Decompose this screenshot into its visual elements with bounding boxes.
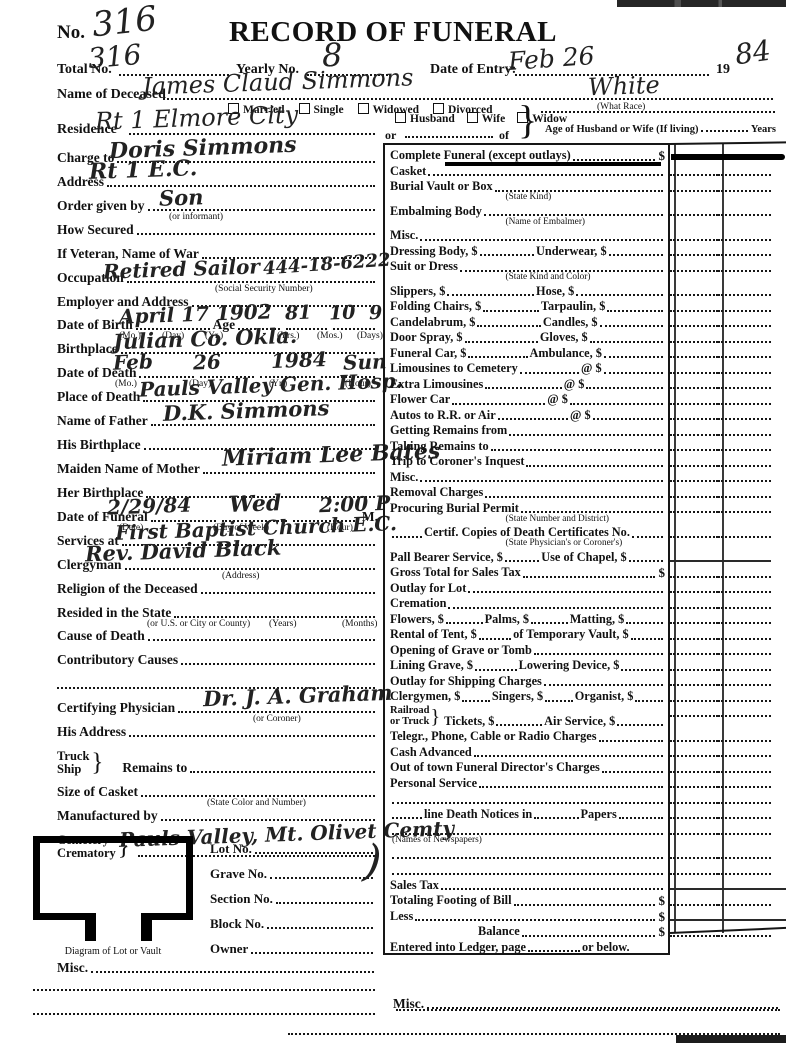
charge-row: Entered into Ledger, pageor below. (383, 940, 786, 955)
charge-label-cell: Out of town Funeral Director's Charges (383, 760, 670, 775)
dotted-leader (460, 267, 663, 272)
amount-cell (670, 423, 786, 438)
charge-label-cell: Casket (383, 164, 670, 179)
charge-row: Lining Grave, $Lowering Device, $ (383, 658, 786, 673)
amount-cell (670, 940, 786, 955)
dotted-leader (137, 230, 375, 235)
charge-label-cell: Flowers, $Palms, $Matting, $ (383, 612, 670, 627)
spouse-age-row: Age of Husband or Wife (If living) Years (545, 124, 776, 135)
charge-label-cell: Less$ (383, 909, 670, 924)
field-label: Certifying Physician (57, 699, 175, 716)
field-maiden-name: Maiden Name of Mother Miriam Lee Bates (57, 459, 378, 477)
charge-line: Taking Remains to (390, 439, 665, 454)
handwritten-age-days: 9 (369, 302, 383, 324)
charge-row: Getting Remains from (383, 423, 786, 438)
dotted-leader (485, 384, 562, 389)
dotted-leader (479, 783, 663, 788)
handwritten-age-mos: 10 (329, 302, 356, 325)
charge-line: Misc. (390, 228, 665, 243)
spouse-option: Husband (395, 112, 455, 125)
charge-label-cell: Lining Grave, $Lowering Device, $ (383, 658, 670, 673)
cents-cell (718, 885, 786, 890)
amount-cell (670, 689, 786, 704)
charge-row: Suit or Dress(State Kind and Color) (383, 259, 786, 283)
charge-row: Slippers, $Hose, $ (383, 284, 786, 299)
field-contributory-causes: Contributory Causes (57, 650, 378, 668)
dotted-leader (396, 1006, 780, 1011)
dotted-leader (629, 557, 663, 562)
amount-column-top-rule (670, 141, 786, 145)
amount-cell (670, 454, 786, 469)
charge-label: Clergymen, $ (390, 689, 460, 704)
charge-row: Cash Advanced (383, 745, 786, 760)
dollar-sign: $ (659, 909, 666, 924)
amount-cell (670, 847, 786, 862)
charge-label: Procuring Burial Permit (390, 501, 519, 516)
dotted-leader (452, 400, 545, 405)
charge-label: Less (390, 909, 413, 924)
charge-line: Gross Total for Sales Tax$ (390, 565, 665, 580)
race-value-handwritten: White (588, 71, 661, 101)
field-label: Block No. (210, 915, 264, 932)
charge-line: Getting Remains from (390, 423, 665, 438)
charge-label-cell: Getting Remains from (383, 423, 670, 438)
charge-label: Out of town Funeral Director's Charges (390, 760, 600, 775)
field-size-of-casket: Size of Casket (State Color and Number) (57, 782, 378, 800)
charge-label-cell: Candelabrum, $Candles, $ (383, 315, 670, 330)
spouse-age-label: Age of Husband or Wife (If living) (545, 124, 698, 135)
charge-label: Ambulance, $ (530, 346, 602, 361)
charge-label: Embalming Body (390, 204, 482, 219)
charge-label-cell: Procuring Burial Permit(State Number and… (383, 501, 670, 525)
dollars-cell (670, 903, 718, 906)
handwritten-age-yrs: 81 (285, 302, 312, 325)
amount-cell (670, 729, 786, 744)
charge-label: line Death Notices in (424, 807, 532, 822)
charge-line: Less$ (390, 909, 665, 924)
charge-label-cell: Misc. (383, 470, 670, 485)
charge-row: Personal Service (383, 776, 786, 791)
field-label: Misc. (57, 959, 88, 976)
charge-row: (Names of Newspapers) (383, 822, 786, 846)
brace-line-label: Railroad (390, 706, 429, 717)
checkbox-wife-label: Wife (482, 113, 505, 125)
charge-label: Personal Service (390, 776, 477, 791)
dollars-cell (670, 816, 718, 819)
dollars-cell (670, 402, 718, 405)
charge-row: Sales Tax (383, 878, 786, 893)
dotted-leader (626, 619, 663, 624)
charge-label: of Temporary Vault, $ (513, 627, 628, 642)
dollars-cell (670, 464, 718, 467)
field-label: Grave No. (210, 865, 267, 882)
charge-label: Balance (478, 924, 520, 939)
charge-sublabel: (State Kind and Color) (506, 273, 666, 282)
charge-label: Sales Tax (390, 878, 439, 893)
dotted-leader (447, 291, 534, 296)
dotted-leader (522, 932, 655, 937)
misc-line (30, 982, 378, 994)
left-column: Charge to Doris Simmons Address Rt 1 E.C… (57, 148, 378, 860)
cents-cell (718, 666, 771, 671)
amount-cell (670, 924, 786, 939)
field-address: Address Rt 1 E.C. (57, 172, 378, 190)
dollars-cell (670, 575, 718, 578)
charge-line: Clergymen, $Singers, $Organist, $ (390, 689, 665, 704)
field-label: How Secured (57, 221, 134, 238)
charge-label: Taking Remains to (390, 439, 489, 454)
charge-label: Organist, $ (575, 689, 634, 704)
charge-label: @ $ (570, 408, 591, 423)
field-cause-of-death: Cause of Death (57, 626, 378, 644)
checkbox-single-icon (299, 103, 310, 114)
dollars-cell (670, 479, 718, 482)
amount-cell (670, 643, 786, 658)
dollars-cell (670, 189, 718, 192)
charge-line: Casket (390, 164, 665, 179)
charge-sublabel: (State Physician's or Coroner's) (506, 539, 666, 548)
dotted-leader (255, 849, 373, 854)
amount-cell (670, 674, 786, 689)
lot-diagram: Diagram of Lot or Vault (33, 836, 197, 960)
charge-label: @ $ (581, 361, 602, 376)
charge-label: Cremation (390, 596, 446, 611)
dotted-leader (276, 899, 373, 904)
funeral-record-page: No. 316 RECORD OF FUNERAL Total No. 316 … (0, 0, 786, 1043)
dotted-leader (526, 462, 663, 467)
amount-cell (670, 485, 786, 500)
charge-line (390, 847, 665, 862)
charge-line: Extra Limousines@ $ (390, 377, 665, 392)
dotted-leader (520, 369, 579, 374)
charge-line: Removal Charges (390, 485, 665, 500)
dollar-sign: $ (659, 565, 666, 580)
dollars-cell (670, 448, 718, 451)
charge-sublabel: (State Number and District) (506, 515, 666, 524)
dollars-cell (670, 510, 718, 513)
cents-cell (718, 557, 771, 562)
amount-cell (670, 164, 786, 179)
dollars-cell (670, 699, 718, 702)
field-resided-in-state: Resided in the State (or U.S. or City or… (57, 603, 378, 621)
dotted-leader (141, 792, 375, 797)
charge-label: Trip to Coroner's Inquest (390, 454, 524, 469)
charge-line: Door Spray, $Gloves, $ (390, 330, 665, 345)
charge-label: @ $ (547, 392, 568, 407)
charge-label-cell: Gross Total for Sales Tax$ (383, 565, 670, 580)
charge-label: Door Spray, $ (390, 330, 463, 345)
charge-sublabel: (State Kind) (506, 193, 666, 202)
charge-row: Complete Funeral (except outlays)$ (383, 148, 786, 163)
charge-row (383, 791, 786, 806)
amount-cell (670, 470, 786, 485)
scan-artifact-bottom (676, 1035, 786, 1043)
charge-line: Slippers, $Hose, $ (390, 284, 665, 299)
charge-row: Taking Remains to (383, 439, 786, 454)
charge-label: Telegr., Phone, Cable or Radio Charges (390, 729, 597, 744)
dotted-leader (541, 108, 775, 113)
charge-label-cell: Autos to R.R. or Air@ $ (383, 408, 670, 423)
charge-label-cell: line Death Notices inPapers (383, 807, 670, 822)
dotted-leader (617, 721, 663, 726)
dotted-leader (392, 854, 663, 859)
dotted-leader (270, 874, 373, 879)
handwritten-day-of-week: Wed (229, 490, 282, 518)
cents-cell (718, 267, 771, 272)
charge-label-cell: Folding Chairs, $Tarpaulin, $ (383, 299, 670, 314)
cents-cell (718, 446, 771, 451)
dotted-leader (474, 752, 663, 757)
charge-line: line Death Notices inPapers (390, 807, 665, 822)
truck-ship-brace-icon: } (91, 750, 103, 776)
charge-label-cell: Complete Funeral (except outlays)$ (383, 148, 670, 163)
cents-cell (718, 431, 771, 436)
charge-label: Burial Vault or Box (390, 179, 493, 194)
dotted-leader (609, 251, 663, 256)
dollars-cell (670, 293, 718, 296)
field-label: Size of Casket (57, 783, 138, 800)
charge-label: Air Service, $ (544, 714, 615, 729)
amount-cell (670, 776, 786, 791)
field-label: Religion of the Deceased (57, 580, 198, 597)
amount-cell (670, 596, 786, 611)
charge-line: Cremation (390, 596, 665, 611)
charge-row: Casket (383, 164, 786, 179)
dotted-leader (392, 814, 422, 819)
cents-cell (718, 400, 771, 405)
charge-label-cell: Limousines to Cemetery@ $ (383, 361, 670, 376)
dotted-leader (607, 307, 663, 312)
amount-cell (670, 346, 786, 361)
dotted-leader (495, 187, 663, 192)
amount-cell (670, 909, 786, 924)
lot-fields: Lot No. Grave No. Section No. Block No. … (210, 839, 376, 957)
cents-cell (718, 799, 771, 804)
amount-cell (670, 179, 786, 194)
dollars-cell (670, 417, 718, 420)
misc-line (393, 1002, 783, 1014)
total-no-value-handwritten: 316 (87, 38, 143, 76)
charge-line: Lining Grave, $Lowering Device, $ (390, 658, 665, 673)
dollars-cell (670, 887, 718, 890)
charge-row: Misc. (383, 470, 786, 485)
charge-row: Rental of Tent, $of Temporary Vault, $ (383, 627, 786, 642)
charge-label-cell: Door Spray, $Gloves, $ (383, 330, 670, 345)
cents-cell (718, 737, 771, 742)
charge-label: Gloves, $ (540, 330, 588, 345)
charge-row: Autos to R.R. or Air@ $ (383, 408, 786, 423)
amount-cell (670, 862, 786, 877)
charge-label: Flowers, $ (390, 612, 444, 627)
charge-label: Underwear, $ (536, 244, 607, 259)
cents-cell (718, 697, 771, 702)
charge-row: Limousines to Cemetery@ $ (383, 361, 786, 376)
handwritten-day: 26 (193, 350, 222, 375)
charge-label-cell: Taking Remains to (383, 439, 670, 454)
charge-line: Telegr., Phone, Cable or Radio Charges (390, 729, 665, 744)
charge-row: Telegr., Phone, Cable or Radio Charges (383, 729, 786, 744)
cents-cell (718, 236, 771, 241)
charge-label-cell: Certif. Copies of Death Certificates No.… (383, 525, 670, 549)
dotted-leader (251, 949, 373, 954)
charge-label: Tarpaulin, $ (541, 299, 605, 314)
dotted-leader (586, 384, 663, 389)
charge-row: Flower Car@ $ (383, 392, 786, 407)
dotted-leader (602, 768, 663, 773)
cents-cell (718, 187, 771, 192)
dotted-leader (600, 322, 663, 327)
field-how-secured: How Secured (57, 220, 378, 238)
amount-cell (670, 392, 786, 407)
charge-row: Burial Vault or Box(State Kind) (383, 179, 786, 203)
dotted-leader (468, 588, 663, 593)
charge-label-cell: Slippers, $Hose, $ (383, 284, 670, 299)
date-of-entry-label: Date of Entry: (430, 62, 516, 78)
charge-label: Gross Total for Sales Tax (390, 565, 521, 580)
charge-row: Dressing Body, $Underwear, $ (383, 244, 786, 259)
cents-cell (718, 854, 771, 859)
cents-cell (718, 604, 771, 609)
field-label: Contributory Causes (57, 651, 178, 668)
field-label: Name of Father (57, 412, 148, 429)
cents-cell (718, 338, 771, 343)
cents-cell (718, 573, 771, 578)
charge-line: Railroador Truck}Tickets, $Air Service, … (390, 705, 665, 729)
charge-label-cell: Funeral Car, $Ambulance, $ (383, 346, 670, 361)
charge-label-cell: Outlay for Lot (383, 581, 670, 596)
dollars-cell (670, 495, 718, 498)
amount-cell (670, 893, 786, 908)
dotted-leader (201, 589, 375, 594)
charge-label-cell: Dressing Body, $Underwear, $ (383, 244, 670, 259)
charge-label: Limousines to Cemetery (390, 361, 518, 376)
field-section-no: Section No. (210, 889, 376, 907)
dollar-sign: $ (659, 924, 666, 939)
cents-cell (718, 712, 771, 717)
charge-label: Tickets, $ (444, 714, 494, 729)
cents-cell (718, 307, 771, 312)
field-label: Order given by (57, 197, 145, 214)
amount-cell (670, 284, 786, 299)
charge-label-cell: Opening of Grave or Tomb (383, 643, 670, 658)
cents-cell (718, 493, 771, 498)
charge-line: Flower Car@ $ (390, 392, 665, 407)
dollars-cell (670, 872, 718, 875)
charge-label-cell: Removal Charges (383, 485, 670, 500)
dotted-leader (483, 307, 539, 312)
dotted-leader (631, 635, 663, 640)
dotted-leader (190, 768, 375, 773)
truck-ship-label: TruckShip (57, 750, 89, 776)
dollars-cell (670, 433, 718, 436)
charge-label: Getting Remains from (390, 423, 507, 438)
dollars-cell (670, 785, 718, 788)
amount-cell (670, 377, 786, 392)
amount-cell (670, 228, 786, 243)
dollars-cell (670, 621, 718, 624)
charge-sublabel: (Names of Newspapers) (392, 836, 665, 845)
field-label: Maiden Name of Mother (57, 460, 200, 477)
field-label: Place of Death (57, 388, 140, 405)
cents-cell (718, 211, 771, 216)
dotted-leader (33, 1010, 375, 1015)
cents-cell (718, 619, 771, 624)
charge-row: Out of town Funeral Director's Charges (383, 760, 786, 775)
field-label: His Address (57, 723, 126, 740)
diagram-caption: Diagram of Lot or Vault (33, 946, 193, 957)
charge-label: Use of Chapel, $ (541, 550, 626, 565)
charge-line: Pall Bearer Service, $Use of Chapel, $ (390, 550, 665, 565)
handwritten-yr: 1984 (271, 347, 327, 373)
railroad-brace-icon: } (430, 707, 440, 727)
dotted-leader (148, 636, 375, 641)
field-label: Section No. (210, 890, 273, 907)
cents-cell (718, 588, 771, 593)
field-label: Owner (210, 940, 248, 957)
dollars-cell (670, 856, 718, 859)
dotted-leader (405, 133, 493, 138)
cents-cell (718, 901, 771, 906)
scan-artifact-top (617, 0, 786, 7)
dotted-leader (635, 697, 663, 702)
charge-label: Pall Bearer Service, $ (390, 550, 503, 565)
dotted-leader (392, 533, 422, 538)
charge-row: Door Spray, $Gloves, $ (383, 330, 786, 345)
charge-label: Papers (581, 807, 617, 822)
charge-row: Folding Chairs, $Tarpaulin, $ (383, 299, 786, 314)
charge-row: Extra Limousines@ $ (383, 377, 786, 392)
charge-row: Misc. (383, 228, 786, 243)
dotted-leader (599, 737, 663, 742)
cents-cell (718, 291, 771, 296)
dollars-cell (670, 238, 718, 241)
field-his-address: His Address (57, 722, 378, 740)
dollars-cell (670, 683, 718, 686)
field-lot-no: Lot No. (210, 839, 376, 857)
amount-cell (670, 315, 786, 330)
amount-cell (670, 627, 786, 642)
railroad-truck-label: Railroador Truck (390, 706, 429, 727)
cents-cell (718, 171, 771, 176)
checkbox-single-label: Single (314, 104, 344, 116)
cents-cell (718, 353, 771, 358)
dollars-cell (670, 253, 718, 256)
dotted-leader (480, 251, 534, 256)
amount-cell (670, 259, 786, 274)
cents-cell (718, 508, 771, 513)
charge-label: Palms, $ (485, 612, 529, 627)
charge-row: Candelabrum, $Candles, $ (383, 315, 786, 330)
charge-label-cell: Burial Vault or Box(State Kind) (383, 179, 670, 203)
handwritten-value: Retired Sailor (103, 254, 261, 283)
amount-cell (670, 581, 786, 596)
charge-label: Outlay for Lot (390, 581, 466, 596)
dotted-leader (468, 353, 527, 358)
charge-label-cell: Embalming Body(Name of Embalmer) (383, 204, 670, 228)
checkbox-husband-icon (395, 112, 406, 123)
charge-row: Cremation (383, 596, 786, 611)
charge-label-cell: Balance$ (383, 924, 670, 939)
dotted-leader (604, 369, 663, 374)
charge-row: Clergymen, $Singers, $Organist, $ (383, 689, 786, 704)
dollars-cell (670, 355, 718, 358)
charge-line: Dressing Body, $Underwear, $ (390, 244, 665, 259)
field-name-of-father: Name of Father D.K. Simmons (57, 411, 378, 429)
charge-line: Opening of Grave or Tomb (390, 643, 665, 658)
dotted-leader (462, 697, 490, 702)
dotted-leader (415, 916, 654, 921)
field-occupation: Occupation Retired Sailor 444-18-6222 (S… (57, 268, 378, 286)
